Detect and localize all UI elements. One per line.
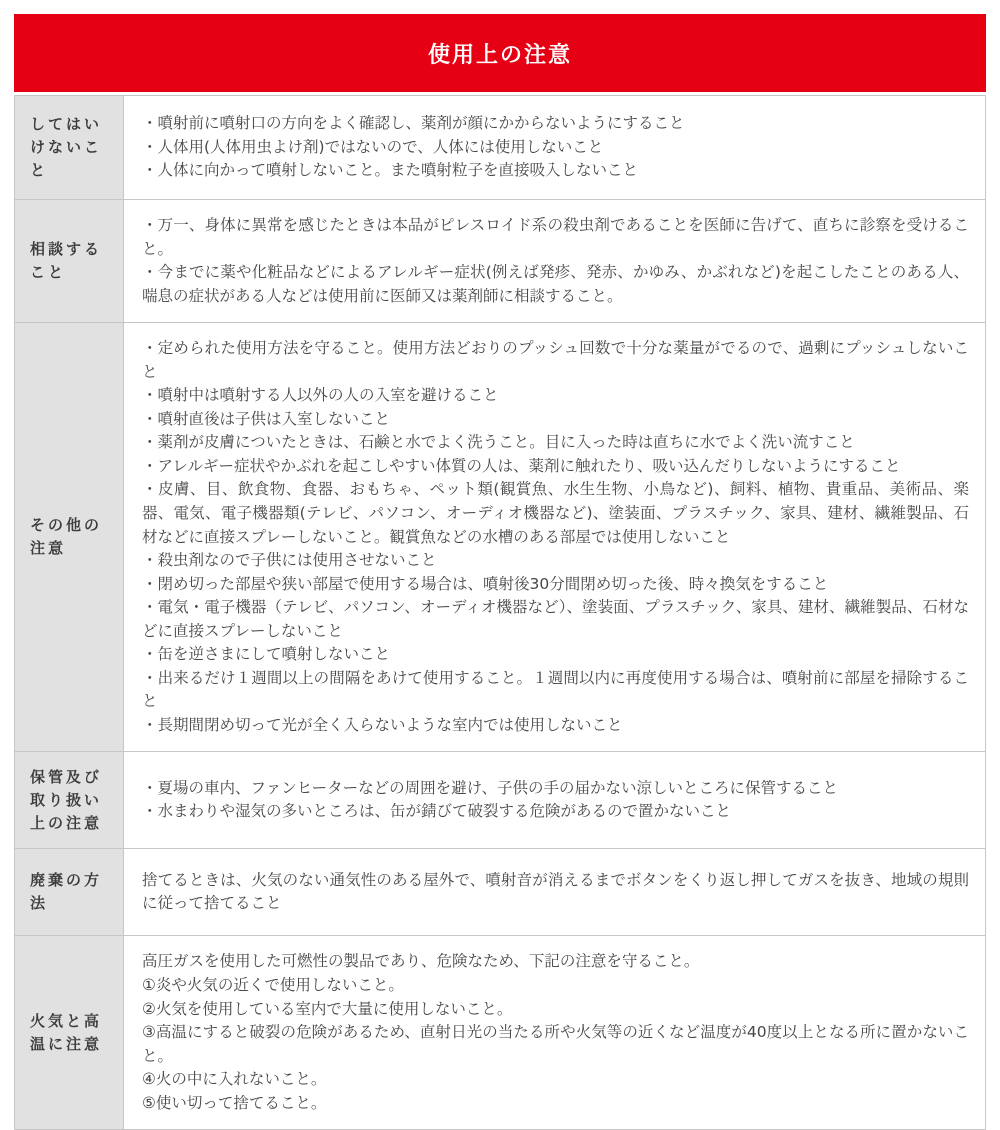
notice-item: 高圧ガスを使用した可燃性の製品であり、危険なため、下記の注意を守ること。 — [142, 950, 969, 974]
precautions-sheet: 使用上の注意 してはいけないこと ・噴射前に噴射口の方向をよく確認し、薬剤が顔に… — [14, 14, 986, 1130]
row-label: 火気と高温に注意 — [30, 1010, 111, 1057]
row-label-cell: 廃棄の方法 — [15, 849, 124, 935]
notice-item: ・出来るだけ１週間以上の間隔をあけて使用すること。１週間以内に再度使用する場合は… — [142, 667, 969, 714]
row-content-cell: ・噴射前に噴射口の方向をよく確認し、薬剤が顔にかからないようにすること ・人体用… — [124, 96, 985, 199]
notice-item: ・電気・電子機器（テレビ、パソコン、オーディオ機器など）、塗装面、プラスチック、… — [142, 596, 969, 643]
notice-item: ・殺虫剤なので子供には使用させないこと — [142, 549, 969, 573]
notice-item: ・長期間閉め切って光が全く入らないような室内では使用しないこと — [142, 714, 969, 738]
notice-item: ・アレルギー症状やかぶれを起こしやすい体質の人は、薬剤に触れたり、吸い込んだりし… — [142, 455, 969, 479]
notice-item: ・夏場の車内、ファンヒーターなどの周囲を避け、子供の手の届かない涼しいところに保… — [142, 777, 969, 801]
notice-item: ・定められた使用方法を守ること。使用方法どおりのプッシュ回数で十分な薬量がでるの… — [142, 337, 969, 384]
page-title: 使用上の注意 — [428, 38, 572, 69]
row-content-cell: ・夏場の車内、ファンヒーターなどの周囲を避け、子供の手の届かない涼しいところに保… — [124, 752, 985, 848]
row-consultation: 相談すること ・万一、身体に異常を感じたときは本品がピレスロイド系の殺虫剤である… — [15, 199, 985, 322]
row-fire-heat-caution: 火気と高温に注意 高圧ガスを使用した可燃性の製品であり、危険なため、下記の注意を… — [15, 935, 985, 1129]
row-label-cell: 相談すること — [15, 200, 124, 322]
notice-item: ・皮膚、目、飲食物、食器、おもちゃ、ペット類(観賞魚、水生生物、小鳥など)、飼料… — [142, 478, 969, 549]
row-content-cell: ・万一、身体に異常を感じたときは本品がピレスロイド系の殺虫剤であることを医師に告… — [124, 200, 985, 322]
row-label-cell: 火気と高温に注意 — [15, 936, 124, 1129]
row-label-cell: 保管及び取り扱い上の注意 — [15, 752, 124, 848]
notice-item: ・噴射前に噴射口の方向をよく確認し、薬剤が顔にかからないようにすること — [142, 112, 969, 136]
row-label: 保管及び取り扱い上の注意 — [30, 766, 111, 836]
notice-item: ③高温にすると破裂の危険があるため、直射日光の当たる所や火気等の近くなど温度が4… — [142, 1021, 969, 1068]
row-label: その他の注意 — [30, 514, 111, 561]
notice-item: ・噴射中は噴射する人以外の人の入室を避けること — [142, 384, 969, 408]
notice-item: 捨てるときは、火気のない通気性のある屋外で、噴射音が消えるまでボタンをくり返し押… — [142, 869, 969, 916]
notice-item: ・万一、身体に異常を感じたときは本品がピレスロイド系の殺虫剤であることを医師に告… — [142, 214, 969, 261]
notice-item: ・人体用(人体用虫よけ剤)ではないので、人体には使用しないこと — [142, 136, 969, 160]
notice-item: ・薬剤が皮膚についたときは、石鹸と水でよく洗うこと。目に入った時は直ちに水でよく… — [142, 431, 969, 455]
notice-item: ・缶を逆さまにして噴射しないこと — [142, 643, 969, 667]
notice-item: ・噴射直後は子供は入室しないこと — [142, 408, 969, 432]
row-label: 廃棄の方法 — [30, 869, 111, 916]
row-storage-handling: 保管及び取り扱い上の注意 ・夏場の車内、ファンヒーターなどの周囲を避け、子供の手… — [15, 751, 985, 848]
row-content-cell: 捨てるときは、火気のない通気性のある屋外で、噴射音が消えるまでボタンをくり返し押… — [124, 849, 985, 935]
notice-item: ・水まわりや湿気の多いところは、缶が錆びて破裂する危険があるので置かないこと — [142, 800, 969, 824]
row-disposal-method: 廃棄の方法 捨てるときは、火気のない通気性のある屋外で、噴射音が消えるまでボタン… — [15, 848, 985, 935]
row-label: してはいけないこと — [30, 113, 111, 183]
row-label-cell: その他の注意 — [15, 323, 124, 751]
notice-item: ・今までに薬や化粧品などによるアレルギー症状(例えば発疹、発赤、かゆみ、かぶれな… — [142, 261, 969, 308]
notice-item: ④火の中に入れないこと。 — [142, 1068, 969, 1092]
notice-item: ⑤使い切って捨てること。 — [142, 1092, 969, 1116]
row-label: 相談すること — [30, 238, 111, 285]
title-bar: 使用上の注意 — [14, 14, 986, 92]
notice-item: ・閉め切った部屋や狭い部屋で使用する場合は、噴射後30分間閉め切った後、時々換気… — [142, 573, 969, 597]
notice-item: ①炎や火気の近くで使用しないこと。 — [142, 974, 969, 998]
row-content-cell: ・定められた使用方法を守ること。使用方法どおりのプッシュ回数で十分な薬量がでるの… — [124, 323, 985, 751]
notice-item: ・人体に向かって噴射しないこと。また噴射粒子を直接吸入しないこと — [142, 159, 969, 183]
row-label-cell: してはいけないこと — [15, 96, 124, 199]
precautions-table: してはいけないこと ・噴射前に噴射口の方向をよく確認し、薬剤が顔にかからないよう… — [14, 95, 986, 1130]
notice-item: ②火気を使用している室内で大量に使用しないこと。 — [142, 998, 969, 1022]
row-content-cell: 高圧ガスを使用した可燃性の製品であり、危険なため、下記の注意を守ること。 ①炎や… — [124, 936, 985, 1129]
row-other-precautions: その他の注意 ・定められた使用方法を守ること。使用方法どおりのプッシュ回数で十分… — [15, 322, 985, 751]
row-prohibited-actions: してはいけないこと ・噴射前に噴射口の方向をよく確認し、薬剤が顔にかからないよう… — [15, 95, 985, 199]
